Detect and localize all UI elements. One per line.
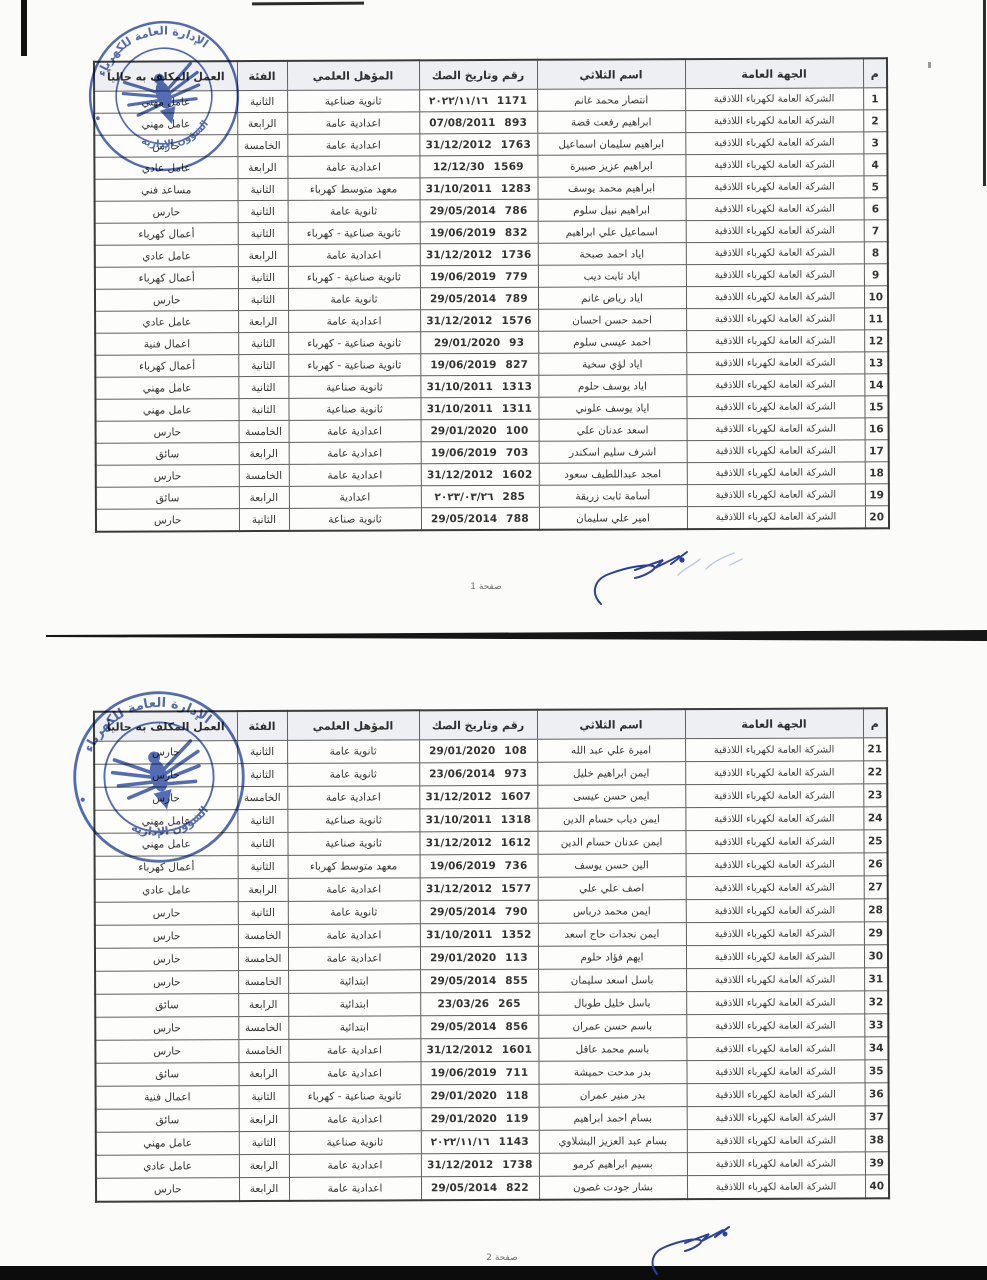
name-cell: بسيم ابراهيم كرمو <box>539 1153 687 1177</box>
col-header-entity: الجهة العامة <box>685 58 863 88</box>
doc-number: 265 <box>498 998 521 1010</box>
doc-date: 31/12/2012 <box>426 138 492 150</box>
doc-date: 29/05/2014 <box>431 1182 497 1194</box>
doc-date: ٢٠٢٢/١١/١٦ <box>431 1136 490 1148</box>
job-cell: حارس <box>95 948 238 972</box>
doc-number-date-cell: 29/05/2014855 <box>420 969 538 993</box>
name-cell: احمد عيسى سلوم <box>538 331 686 354</box>
name-cell: ايمن نجدات حاج اسعد <box>538 923 686 947</box>
doc-number-date-cell: 19/06/2019711 <box>420 1061 538 1085</box>
entity-cell: الشركة العامة لكهرباء اللاذقية <box>686 330 864 353</box>
entity-cell: الشركة العامة لكهرباء اللاذقية <box>685 830 863 854</box>
category-cell: الثانية <box>238 354 288 376</box>
name-cell: ابراهيم عزيز صبيرة <box>537 155 685 178</box>
name-cell: الين حسن يوسف <box>538 854 686 878</box>
job-cell: حارس <box>94 135 237 158</box>
doc-number-date-cell: 29/05/2014856 <box>420 1015 538 1039</box>
category-cell: الرابعة <box>239 1108 289 1131</box>
doc-number: 779 <box>505 270 528 282</box>
doc-number-date-cell: ٢٠٢٢/١١/١٦1171 <box>419 89 537 112</box>
doc-number: 1602 <box>502 468 532 480</box>
category-cell: الخامسة <box>239 420 289 442</box>
category-cell: الخامسة <box>238 970 288 993</box>
table-row: 40الشركة العامة لكهرباء اللاذقيةبشار جود… <box>96 1175 889 1202</box>
entity-cell: الشركة العامة لكهرباء اللاذقية <box>685 176 863 199</box>
entity-cell: الشركة العامة لكهرباء اللاذقية <box>686 220 864 243</box>
qualification-cell: اعدادية عامة <box>289 1177 421 1201</box>
doc-number: 786 <box>505 204 528 216</box>
col-header-entity: الجهة العامة <box>685 708 863 738</box>
table-row: 24الشركة العامة لكهرباء اللاذقيةايمن ديا… <box>94 807 887 833</box>
qualification-cell: ثانوية عامة <box>288 901 420 925</box>
row-index-cell: 17 <box>865 440 889 462</box>
table-row: 28الشركة العامة لكهرباء اللاذقيةايمن محم… <box>95 899 888 925</box>
job-cell: اعمال فنية <box>95 333 238 356</box>
row-index-cell: 4 <box>863 154 887 176</box>
doc-number-date-cell: 31/12/20121601 <box>420 1038 538 1062</box>
category-cell: الرابعة <box>238 878 288 901</box>
doc-date: 29/05/2014 <box>430 292 496 304</box>
doc-date: 31/12/2012 <box>426 314 492 326</box>
entity-cell: الشركة العامة لكهرباء اللاذقية <box>685 738 863 762</box>
doc-number: 790 <box>505 906 528 918</box>
row-index-cell: 18 <box>865 462 889 484</box>
qualification-cell: ابتدائية <box>288 970 420 994</box>
row-index-cell: 9 <box>864 264 888 286</box>
row-index-cell: 35 <box>864 1060 888 1083</box>
page-separator-band <box>46 630 987 642</box>
table-row: 30الشركة العامة لكهرباء اللاذقيةايهم فؤا… <box>95 945 888 971</box>
name-cell: بدر منير عمران <box>539 1084 687 1108</box>
qualification-cell: اعدادية عامة <box>288 1039 420 1063</box>
entity-cell: الشركة العامة لكهرباء اللاذقية <box>686 374 864 397</box>
table-row: 25الشركة العامة لكهرباء اللاذقيةايمن عدن… <box>94 830 887 856</box>
job-cell: حارس <box>95 902 238 926</box>
job-cell: حارس <box>95 1017 238 1041</box>
name-cell: باسل خليل طوبال <box>538 992 686 1016</box>
job-cell: عامل عادي <box>94 157 237 180</box>
job-cell: أعمال كهرباء <box>95 355 238 378</box>
qualification-cell: ثانوية صناعية - كهرباء <box>289 1085 421 1109</box>
entity-cell: الشركة العامة لكهرباء اللاذقية <box>687 506 865 529</box>
category-cell: الخامسة <box>238 1039 288 1062</box>
name-cell: باسم حسن عمران <box>538 1015 686 1039</box>
doc-number: 1318 <box>501 814 531 826</box>
col-header-qualification: المؤهل العلمي <box>287 710 419 740</box>
doc-number-date-cell: 29/05/2014786 <box>420 199 538 222</box>
doc-date: 29/05/2014 <box>430 1021 496 1033</box>
entity-cell: الشركة العامة لكهرباء اللاذقية <box>687 1152 865 1176</box>
job-cell: عامل عادي <box>95 245 238 268</box>
doc-number: 1143 <box>499 1136 529 1148</box>
doc-date: 29/05/2014 <box>430 975 496 987</box>
doc-number-date-cell: 31/10/20111313 <box>420 375 538 398</box>
doc-number-date-cell: 29/01/202093 <box>420 331 538 354</box>
category-cell: الرابعة <box>239 442 289 464</box>
table-row: 38الشركة العامة لكهرباء اللاذقيةبسام عبد… <box>96 1129 889 1155</box>
row-index-cell: 19 <box>865 484 889 506</box>
doc-number: 1283 <box>501 182 531 194</box>
doc-date: 19/06/2019 <box>430 860 496 872</box>
doc-date: 07/08/2011 <box>429 116 495 128</box>
name-cell: ابراهيم نبيل سلوم <box>538 199 686 222</box>
doc-number-date-cell: 29/05/2014790 <box>420 900 538 924</box>
category-cell: الثانية <box>238 200 288 222</box>
doc-number-date-cell: 19/06/2019827 <box>420 353 538 376</box>
name-cell: اميرة علي عبد الله <box>537 739 685 763</box>
doc-number-date-cell: 19/06/2019703 <box>421 441 539 464</box>
job-cell: حارس <box>95 971 238 995</box>
qualification-cell: ثانوية صناعية <box>287 832 419 856</box>
table-row: 35الشركة العامة لكهرباء اللاذقيةبدر مدحت… <box>95 1060 888 1086</box>
doc-number: 1569 <box>493 160 523 172</box>
qualification-cell: ثانوية صناعية - كهرباء <box>288 332 420 355</box>
entity-cell: الشركة العامة لكهرباء اللاذقية <box>686 1014 864 1038</box>
entity-cell: الشركة العامة لكهرباء اللاذقية <box>686 1060 864 1084</box>
qualification-cell: اعدادية عامة <box>289 1154 421 1178</box>
category-cell: الرابعة <box>238 1062 288 1085</box>
qualification-cell: ثانوية صناعية <box>287 809 419 833</box>
name-cell: ايمن محمد درباس <box>538 900 686 924</box>
job-cell: حارس <box>96 509 239 532</box>
entity-cell: الشركة العامة لكهرباء اللاذقية <box>686 968 864 992</box>
job-cell: حارس <box>96 421 239 444</box>
category-cell: الرابعة <box>238 310 288 332</box>
name-cell: بسام احمد ابراهيم <box>539 1107 687 1131</box>
doc-date: 29/05/2014 <box>431 512 497 524</box>
doc-number-date-cell: 31/10/20111311 <box>420 397 538 420</box>
doc-date: 31/10/2011 <box>426 814 492 826</box>
job-cell: عامل مهني <box>95 377 238 400</box>
entity-cell: الشركة العامة لكهرباء اللاذقية <box>687 484 865 507</box>
doc-number-date-cell: 31/12/20121612 <box>419 831 537 855</box>
entity-cell: الشركة العامة لكهرباء اللاذقية <box>687 1083 865 1107</box>
doc-number: 1607 <box>501 791 531 803</box>
category-cell: الثانية <box>238 222 288 244</box>
doc-number-date-cell: 12/12/301569 <box>419 155 537 178</box>
doc-date: ٢٠٢٢/١١/١٦ <box>429 95 488 107</box>
job-cell: حارس <box>96 1178 239 1202</box>
page-number-footer: صفحة 1 <box>436 582 536 592</box>
table-row: 32الشركة العامة لكهرباء اللاذقيةباسل خلي… <box>95 991 888 1017</box>
qualification-cell: ابتدائية <box>288 1016 420 1040</box>
row-index-cell: 40 <box>865 1175 889 1199</box>
doc-date: 19/06/2019 <box>430 226 496 238</box>
doc-date: 31/10/2011 <box>426 929 492 941</box>
row-index-cell: 22 <box>863 761 887 784</box>
entity-cell: الشركة العامة لكهرباء اللاذقية <box>686 1037 864 1061</box>
col-header-doc: رقم وتاريخ الصك <box>419 710 537 740</box>
name-cell: بشار جودت غصون <box>539 1176 687 1200</box>
doc-number: 285 <box>502 490 525 502</box>
doc-date: 31/12/2012 <box>427 468 493 480</box>
name-cell: بدر مدحت حميشة <box>538 1061 686 1085</box>
category-cell: الرابعة <box>239 1154 289 1177</box>
qualification-cell: ثانوية صناعية <box>288 376 420 399</box>
doc-number: 100 <box>506 424 529 436</box>
row-index-cell: 27 <box>864 876 888 899</box>
faint-handwriting <box>672 545 752 587</box>
job-cell: عامل مهني <box>94 810 237 834</box>
row-index-cell: 12 <box>864 330 888 352</box>
name-cell: ايمن عدنان حسام الدين <box>537 831 685 855</box>
doc-date: 31/12/2012 <box>427 1044 493 1056</box>
doc-number-date-cell: 31/12/20121763 <box>419 133 537 156</box>
name-cell: ابراهيم سليمان اسماعيل <box>537 133 685 156</box>
doc-number: 119 <box>506 1113 529 1125</box>
col-header-job: العمل المكلف به حالياً <box>94 61 237 91</box>
table-row: 21الشركة العامة لكهرباء اللاذقيةاميرة عل… <box>94 738 887 764</box>
category-cell: الثانية <box>238 266 288 288</box>
qualification-cell: ثانوية صناعية - كهرباء <box>288 222 420 245</box>
doc-number: 1311 <box>502 402 532 414</box>
name-cell: اسماعيل علي ابراهيم <box>538 221 686 244</box>
doc-number-date-cell: 07/08/2011893 <box>419 111 537 134</box>
doc-date: 19/06/2019 <box>430 270 496 282</box>
name-cell: اشرف سليم اسكندر <box>539 441 687 464</box>
job-cell: سائق <box>96 1109 239 1133</box>
col-header-category: الفئة <box>237 711 287 741</box>
doc-number: 703 <box>506 446 529 458</box>
doc-number-date-cell: 29/01/2020118 <box>421 1084 539 1108</box>
row-index-cell: 26 <box>864 853 888 876</box>
job-cell: سائق <box>96 443 239 466</box>
entity-cell: الشركة العامة لكهرباء اللاذقية <box>686 242 864 265</box>
scan-speck <box>928 62 931 68</box>
qualification-cell: اعدادية عامة <box>288 947 420 971</box>
name-cell: أسامة ثابت زريقة <box>539 485 687 508</box>
entity-cell: الشركة العامة لكهرباء اللاذقية <box>686 352 864 375</box>
name-cell: ابراهيم محمد يوسف <box>537 177 685 200</box>
doc-number: 832 <box>505 226 528 238</box>
doc-number-date-cell: 31/10/20111318 <box>419 808 537 832</box>
row-index-cell: 31 <box>864 968 888 991</box>
row-index-cell: 1 <box>863 88 887 110</box>
row-index-cell: 24 <box>863 807 887 830</box>
qualification-cell: ثانوية عامة <box>288 288 420 311</box>
table-row: 27الشركة العامة لكهرباء اللاذقيةاصف علي … <box>95 876 888 902</box>
name-cell: ايمن حسن عيسى <box>537 785 685 809</box>
category-cell: الثانية <box>239 1085 289 1108</box>
row-index-cell: 37 <box>865 1106 889 1129</box>
category-cell: الثانية <box>237 178 287 200</box>
entity-cell: الشركة العامة لكهرباء اللاذقية <box>685 807 863 831</box>
col-header-doc: رقم وتاريخ الصك <box>419 60 537 90</box>
table-row: 37الشركة العامة لكهرباء اللاذقيةبسام احم… <box>96 1106 889 1132</box>
doc-number-date-cell: 31/12/20121577 <box>420 877 538 901</box>
entity-cell: الشركة العامة لكهرباء اللاذقية <box>686 899 864 923</box>
category-cell: الرابعة <box>238 244 288 266</box>
entity-cell: الشركة العامة لكهرباء اللاذقية <box>687 1106 865 1130</box>
row-index-cell: 20 <box>865 506 889 529</box>
category-cell: الخامسة <box>237 134 287 156</box>
entity-cell: الشركة العامة لكهرباء اللاذقية <box>685 132 863 155</box>
doc-number-date-cell: 31/10/20111352 <box>420 923 538 947</box>
doc-date: ٢٠٢٣/٠٣/٢٦ <box>434 490 493 502</box>
name-cell: اصف علي علي <box>538 877 686 901</box>
job-cell: حارس <box>94 764 237 788</box>
category-cell: الخامسة <box>238 947 288 970</box>
doc-number: 822 <box>506 1182 529 1194</box>
category-cell: الرابعة <box>238 993 288 1016</box>
doc-number-date-cell: 31/10/20111283 <box>419 177 537 200</box>
scan-artifact-right <box>983 0 986 186</box>
doc-number-date-cell: ٢٠٢٢/١١/١٦1143 <box>421 1130 539 1154</box>
category-cell: الثانية <box>237 90 287 112</box>
row-index-cell: 29 <box>864 922 888 945</box>
row-index-cell: 39 <box>865 1152 889 1175</box>
table-header-row: م الجهة العامة اسم الثلاثي رقم وتاريخ ال… <box>94 58 887 91</box>
entity-cell: الشركة العامة لكهرباء اللاذقية <box>687 1129 865 1153</box>
job-cell: أعمال كهرباء <box>95 267 238 290</box>
category-cell: الخامسة <box>238 924 288 947</box>
category-cell: الثانية <box>238 855 288 878</box>
doc-number: 856 <box>505 1021 528 1033</box>
category-cell: الرابعة <box>239 1177 289 1201</box>
category-cell: الرابعة <box>237 156 287 178</box>
row-index-cell: 16 <box>865 418 889 440</box>
name-cell: امجد عبداللطيف سعود <box>539 463 687 486</box>
entity-cell: الشركة العامة لكهرباء اللاذقية <box>687 1175 865 1199</box>
row-index-cell: 13 <box>864 352 888 374</box>
doc-number-date-cell: 29/01/2020113 <box>420 946 538 970</box>
doc-number-date-cell: ٢٠٢٣/٠٣/٢٦285 <box>421 485 539 508</box>
entity-cell: الشركة العامة لكهرباء اللاذقية <box>686 286 864 309</box>
doc-date: 31/12/2012 <box>426 837 492 849</box>
doc-number: 1576 <box>501 314 531 326</box>
doc-number: 855 <box>505 975 528 987</box>
name-cell: احمد حسن احسان <box>538 309 686 332</box>
qualification-cell: اعدادية عامة <box>289 420 421 443</box>
handwritten-signature <box>643 1222 758 1280</box>
category-cell: الثانية <box>238 288 288 310</box>
doc-date: 19/06/2019 <box>431 446 497 458</box>
name-cell: اياد يوسف حلوم <box>538 375 686 398</box>
category-cell: الخامسة <box>237 786 287 809</box>
col-header-category: الفئة <box>237 61 287 91</box>
job-cell: سائق <box>95 994 238 1018</box>
qualification-cell: ثانوية عامة <box>287 740 419 764</box>
doc-date: 31/12/2012 <box>427 1159 493 1171</box>
qualification-cell: ثانوية صناعية - كهرباء <box>288 354 420 377</box>
doc-number-date-cell: 29/01/2020108 <box>419 739 537 763</box>
doc-number: 973 <box>504 768 527 780</box>
job-cell: عامل عادي <box>95 879 238 903</box>
table-row: 26الشركة العامة لكهرباء اللاذقيةالين حسن… <box>95 853 888 879</box>
doc-number-date-cell: 29/05/2014822 <box>421 1176 539 1200</box>
job-cell: مساعد فني <box>94 179 237 202</box>
qualification-cell: اعدادية عامة <box>287 134 419 157</box>
entity-cell: الشركة العامة لكهرباء اللاذقية <box>686 991 864 1015</box>
category-cell: الثانية <box>238 332 288 354</box>
qualification-cell: اعدادية عامة <box>287 786 419 810</box>
name-cell: بسام عبد العزيز البشلاوي <box>539 1130 687 1154</box>
job-cell: عامل مهني <box>94 91 237 114</box>
doc-date: 29/01/2020 <box>431 424 497 436</box>
doc-number-date-cell: 29/05/2014789 <box>420 287 538 310</box>
doc-number-date-cell: 19/06/2019736 <box>420 854 538 878</box>
name-cell: باسل اسعد سليمان <box>538 969 686 993</box>
qualification-cell: اعدادية عامة <box>289 464 421 487</box>
entity-cell: الشركة العامة لكهرباء اللاذقية <box>686 945 864 969</box>
qualification-cell: ثانوية عامة <box>288 200 420 223</box>
job-cell: حارس <box>94 787 237 811</box>
name-cell: اياد يوسف علوني <box>538 397 686 420</box>
job-cell: أعمال كهرباء <box>95 223 238 246</box>
doc-number-date-cell: 23/03/26265 <box>420 992 538 1016</box>
row-index-cell: 14 <box>864 374 888 396</box>
row-index-cell: 5 <box>863 176 887 198</box>
job-cell: عامل عادي <box>95 311 238 334</box>
employee-table-page-1: م الجهة العامة اسم الثلاثي رقم وتاريخ ال… <box>93 57 890 532</box>
doc-number-date-cell: 31/12/20121576 <box>420 309 538 332</box>
doc-number-date-cell: 31/12/20121736 <box>420 243 538 266</box>
doc-date: 31/10/2011 <box>427 380 493 392</box>
doc-date: 29/01/2020 <box>431 1090 497 1102</box>
doc-number: 113 <box>505 952 528 964</box>
entity-cell: الشركة العامة لكهرباء اللاذقية <box>686 264 864 287</box>
entity-cell: الشركة العامة لكهرباء اللاذقية <box>685 110 863 133</box>
doc-date: 29/01/2020 <box>429 745 495 757</box>
table-row: 33الشركة العامة لكهرباء اللاذقيةباسم حسن… <box>95 1014 888 1040</box>
entity-cell: الشركة العامة لكهرباء اللاذقية <box>687 440 865 463</box>
doc-number: 789 <box>505 292 528 304</box>
table-row: 20الشركة العامة لكهرباء اللاذقيةامير علي… <box>96 506 889 532</box>
doc-date: 29/05/2014 <box>430 906 496 918</box>
entity-cell: الشركة العامة لكهرباء اللاذقية <box>685 154 863 177</box>
doc-number: 1313 <box>502 380 532 392</box>
scanned-document: م الجهة العامة اسم الثلاثي رقم وتاريخ ال… <box>0 0 987 1280</box>
qualification-cell: اعدادية عامة <box>288 1062 420 1086</box>
job-cell: حارس <box>96 465 239 488</box>
entity-cell: الشركة العامة لكهرباء اللاذقية <box>687 418 865 441</box>
row-index-cell: 15 <box>864 396 888 418</box>
qualification-cell: ثانوية صناعية <box>288 398 420 421</box>
category-cell: الثانية <box>238 901 288 924</box>
qualification-cell: ثانوية صناعية - كهرباء <box>288 266 420 289</box>
category-cell: الثانية <box>238 398 288 420</box>
qualification-cell: اعدادية عامة <box>288 310 420 333</box>
qualification-cell: ثانوية صناعية <box>289 1131 421 1155</box>
doc-number: 1738 <box>502 1159 532 1171</box>
category-cell: الرابعة <box>237 112 287 134</box>
job-cell: حارس <box>95 289 238 312</box>
col-header-job: العمل المكلف به حالياً <box>94 711 237 741</box>
row-index-cell: 8 <box>864 242 888 264</box>
doc-number: 711 <box>506 1067 529 1079</box>
qualification-cell: معهد متوسط كهرباء <box>288 855 420 879</box>
col-header-name: اسم الثلاثي <box>537 59 685 89</box>
name-cell: اياد ثابت ديب <box>538 265 686 288</box>
doc-date: 19/06/2019 <box>430 358 496 370</box>
doc-number: 1171 <box>497 94 527 106</box>
name-cell: امير علي سليمان <box>539 507 687 530</box>
job-cell: سائق <box>96 487 239 510</box>
category-cell: الثانية <box>239 508 289 531</box>
scan-artifact-top <box>252 2 364 6</box>
doc-date: 31/10/2011 <box>427 402 493 414</box>
qualification-cell: اعدادية عامة <box>288 244 420 267</box>
doc-number-date-cell: 29/05/2014788 <box>421 507 539 530</box>
name-cell: ابراهيم رفعت قضة <box>537 111 685 134</box>
doc-number-date-cell: 31/12/20121738 <box>421 1153 539 1177</box>
job-cell: حارس <box>95 925 238 949</box>
job-cell: عامل مهني <box>95 399 238 422</box>
entity-cell: الشركة العامة لكهرباء اللاذقية <box>686 198 864 221</box>
name-cell: اسعد عدنان علي <box>539 419 687 442</box>
row-index-cell: 10 <box>864 286 888 308</box>
row-index-cell: 21 <box>863 738 887 761</box>
